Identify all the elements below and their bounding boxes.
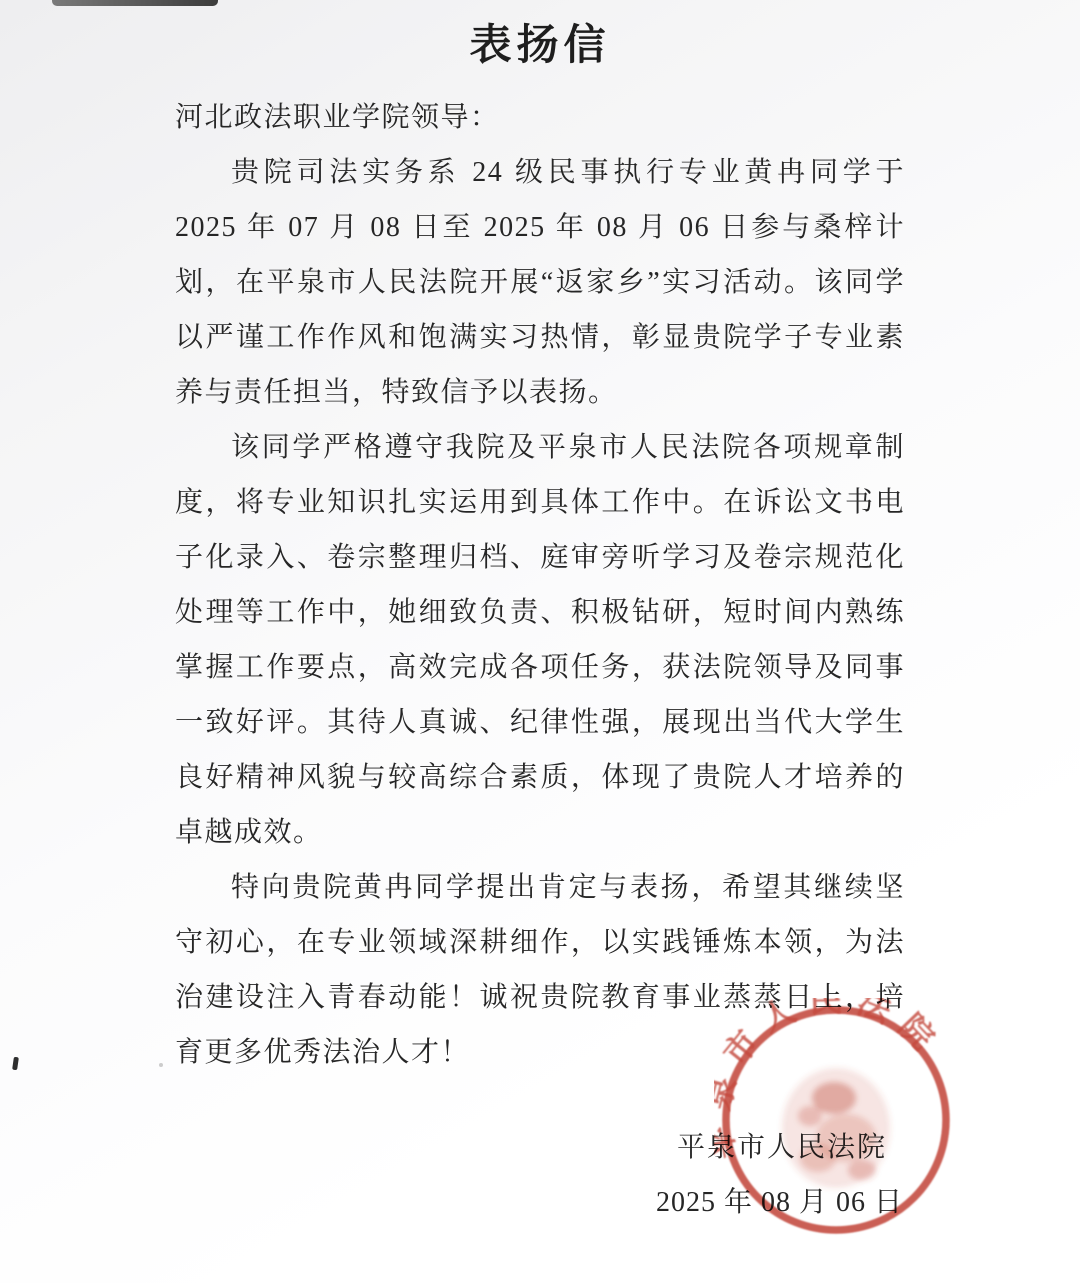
letter-body: 河北政法职业学院领导： 贵院司法实务系 24 级民事执行专业黄冉同学于 2025… bbox=[175, 90, 905, 1230]
commendation-letter-page: 表扬信 河北政法职业学院领导： 贵院司法实务系 24 级民事执行专业黄冉同学于 … bbox=[0, 0, 1080, 1283]
letter-title: 表扬信 bbox=[0, 12, 1080, 72]
signature-block: 平泉市人民法院 2025 年 08 月 06 日 bbox=[175, 1120, 905, 1230]
scan-artifact-speck bbox=[12, 1057, 19, 1071]
signature-date: 2025 年 08 月 06 日 bbox=[175, 1175, 905, 1230]
scan-artifact-speck-faint bbox=[159, 1063, 163, 1067]
paragraph-3: 特向贵院黄冉同学提出肯定与表扬，希望其继续坚守初心，在专业领域深耕细作，以实践锤… bbox=[175, 860, 905, 1080]
paragraph-1: 贵院司法实务系 24 级民事执行专业黄冉同学于 2025 年 07 月 08 日… bbox=[175, 145, 905, 420]
paragraph-2: 该同学严格遵守我院及平泉市人民法院各项规章制度，将专业知识扎实运用到具体工作中。… bbox=[175, 420, 905, 860]
scan-artifact-top-bar bbox=[52, 0, 218, 6]
signature-organization: 平泉市人民法院 bbox=[175, 1120, 905, 1175]
salutation: 河北政法职业学院领导： bbox=[175, 90, 905, 145]
